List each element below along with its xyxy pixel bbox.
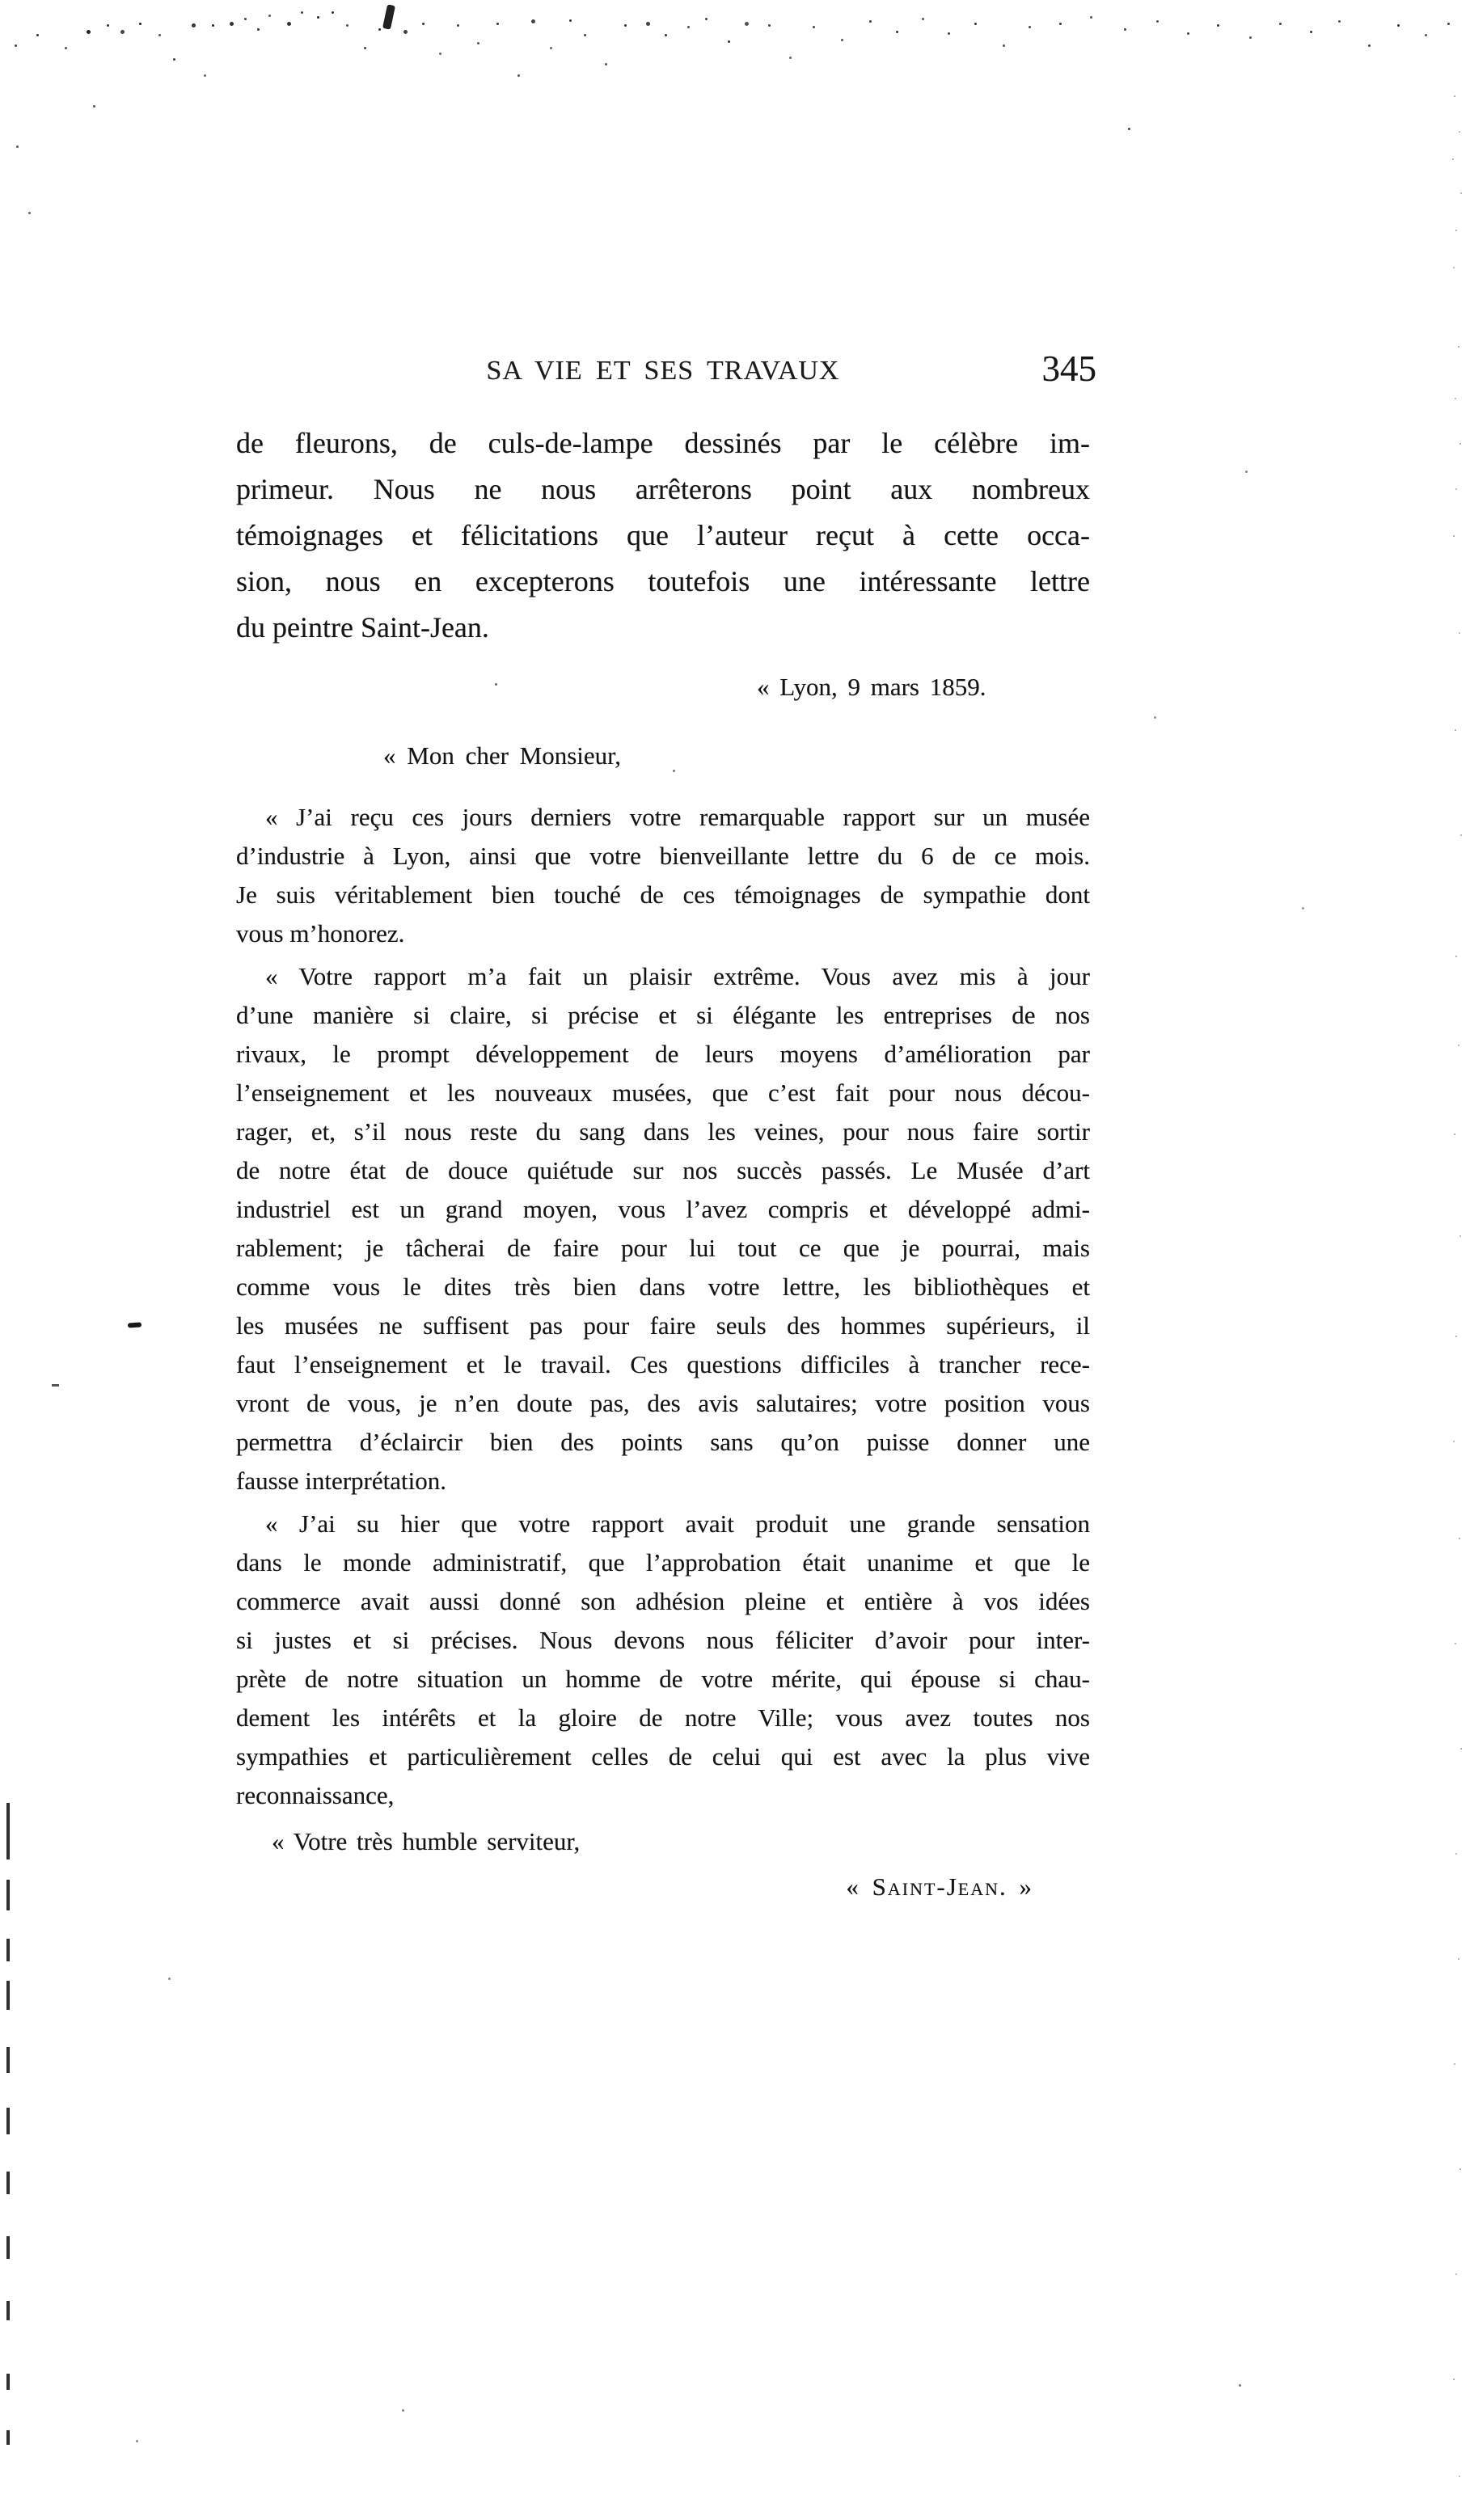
scan-noise-specks (0, 0, 2, 2)
running-head: SA VIE ET SES TRAVAUX 345 (236, 356, 1090, 386)
narrative-paragraph: de fleurons, de culs-de-lampe dessinés p… (236, 420, 1090, 651)
letter-line: rager, et, s’il nous reste du sang dans … (236, 1112, 1090, 1151)
letter-line: si justes et si précises. Nous devons no… (236, 1621, 1090, 1660)
letter-line: permettra d’éclaircir bien des points sa… (236, 1423, 1090, 1462)
letter-line: « Votre rapport m’a fait un plaisir extr… (236, 957, 1090, 996)
letter-closing: « Votre très humble serviteur, (272, 1822, 580, 1861)
narrative-line: sion, nous en excepterons toutefois une … (236, 559, 1090, 605)
gutter-line-segment (6, 2236, 10, 2259)
letter-line: fausse interprétation. (236, 1462, 1090, 1501)
letter-line: sympathies et particulièrement celles de… (236, 1737, 1090, 1776)
letter-paragraph-3: « J’ai su hier que votre rapport avait p… (236, 1505, 1090, 1815)
letter-line: d’une manière si claire, si précise et s… (236, 996, 1090, 1035)
letter-line: dans le monde administratif, que l’appro… (236, 1543, 1090, 1582)
gutter-line-segment (6, 1880, 10, 1910)
gutter-line-segment (6, 1981, 10, 2010)
letter-line: les musées ne suffisent pas pour faire s… (236, 1306, 1090, 1345)
gutter-line-segment (6, 2374, 10, 2390)
margin-dash-small-mark (52, 1384, 59, 1387)
letter-line: « J’ai su hier que votre rapport avait p… (236, 1505, 1090, 1543)
running-title: SA VIE ET SES TRAVAUX (487, 356, 840, 386)
gutter-line-segment (6, 2172, 10, 2194)
letter-paragraph-2: « Votre rapport m’a fait un plaisir extr… (236, 957, 1090, 1501)
letter-line: commerce avait aussi donné son adhésion … (236, 1582, 1090, 1621)
gutter-line-segment (6, 1803, 10, 1859)
ink-blot-mark (382, 4, 395, 29)
narrative-line: de fleurons, de culs-de-lampe dessinés p… (236, 420, 1090, 466)
letter-line: faut l’enseignement et le travail. Ces q… (236, 1345, 1090, 1384)
letter-line: vous m’honorez. (236, 914, 1090, 953)
letter-line: rivaux, le prompt développement de leurs… (236, 1035, 1090, 1074)
letter-line: Je suis véritablement bien touché de ces… (236, 876, 1090, 914)
gutter-line-segment (6, 2430, 10, 2445)
scan-noise-edge-specks (0, 0, 2, 2)
letter-line: prète de notre situation un homme de vot… (236, 1660, 1090, 1699)
letter-line: comme vous le dites très bien dans votre… (236, 1268, 1090, 1306)
letter-line: reconnaissance, (236, 1776, 1090, 1815)
letter-paragraph-1: « J’ai reçu ces jours derniers votre rem… (236, 798, 1090, 953)
letter-salutation: « Mon cher Monsieur, (383, 737, 621, 775)
page-number: 345 (1042, 348, 1097, 390)
margin-dash-mark (128, 1322, 142, 1328)
narrative-line: témoignages et félicitations que l’auteu… (236, 513, 1090, 559)
narrative-line: du peintre Saint-Jean. (236, 605, 1090, 651)
letter-line: « J’ai reçu ces jours derniers votre rem… (236, 798, 1090, 837)
letter-line: de notre état de douce quiétude sur nos … (236, 1151, 1090, 1190)
letter-line: rablement; je tâcherai de faire pour lui… (236, 1229, 1090, 1268)
letter-line: vront de vous, je n’en doute pas, des av… (236, 1384, 1090, 1423)
gutter-line-segment (6, 2108, 10, 2134)
letter-line: industriel est un grand moyen, vous l’av… (236, 1190, 1090, 1229)
gutter-line-segment (6, 2301, 10, 2320)
letter-line: dement les intérêts et la gloire de notr… (236, 1699, 1090, 1737)
narrative-line: primeur. Nous ne nous arrêterons point a… (236, 466, 1090, 513)
gutter-line-segment (6, 2047, 10, 2073)
letter-signature: « Saint-Jean. » (236, 1868, 1090, 1906)
scanned-book-page: SA VIE ET SES TRAVAUX 345 de fleurons, d… (0, 0, 1470, 2520)
letter-line: d’industrie à Lyon, ainsi que votre bien… (236, 837, 1090, 876)
letter-line: l’enseignement et les nouveaux musées, q… (236, 1074, 1090, 1112)
gutter-line-segment (6, 1939, 10, 1961)
letter-dateline: « Lyon, 9 mars 1859. (757, 668, 986, 707)
